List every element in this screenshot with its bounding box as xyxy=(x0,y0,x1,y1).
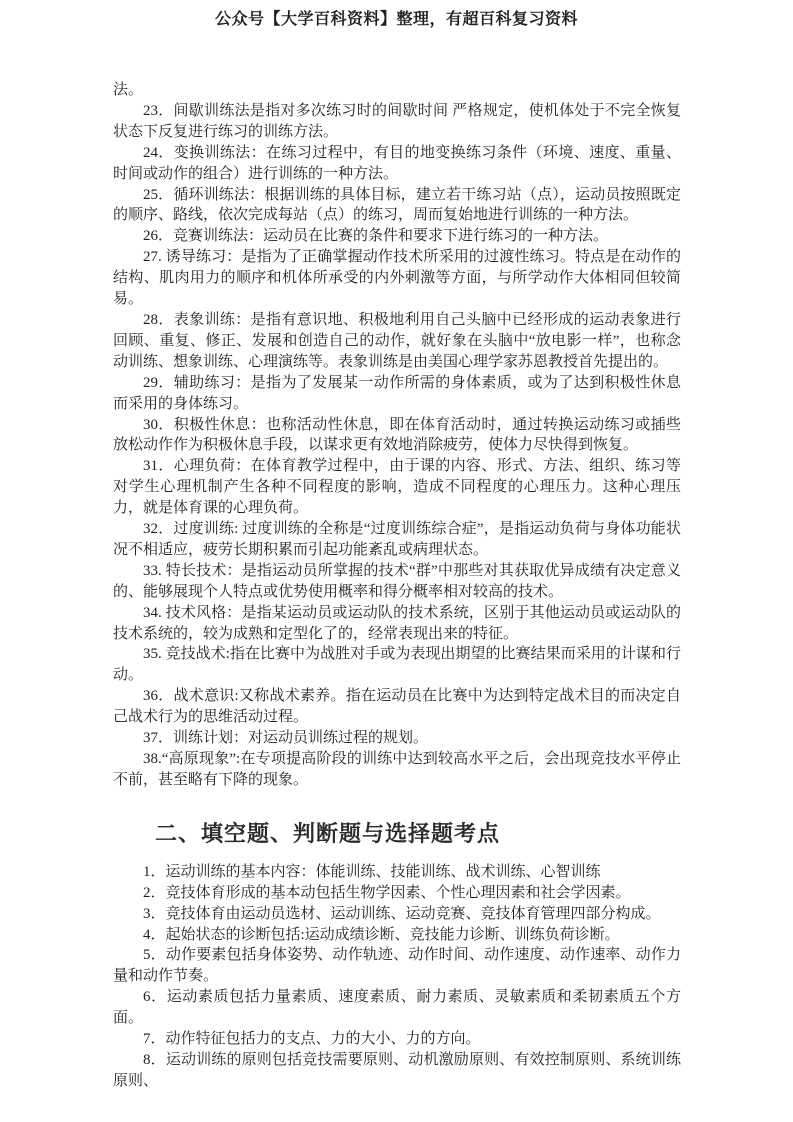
definition-item-29: 29．辅助练习：是指为了发展某一动作所需的身体素质，或为了达到积极性休息而采用的… xyxy=(113,373,681,415)
document-body: 法。 23．间歇训练法是指对多次练习时的间歇时间 严格规定，使机体处于不完全恢复… xyxy=(113,80,681,1092)
keypoint-item-6: 6．运动素质包括力量素质、速度素质、耐力素质、灵敏素质和柔韧素质五个方面。 xyxy=(113,987,681,1029)
keypoint-item-4: 4．起始状态的诊断包括:运动成绩诊断、竞技能力诊断、训练负荷诊断。 xyxy=(113,925,681,946)
keypoint-item-5: 5．动作要素包括身体姿势、动作轨迹、动作时间、动作速度、动作速率、动作力量和动作… xyxy=(113,945,681,987)
definition-item-33: 33. 特长技术：是指运动员所掌握的技术“群”中那些对其获取优异成绩有决定意义的… xyxy=(113,561,681,603)
keypoint-item-1: 1．运动训练的基本内容：体能训练、技能训练、战术训练、心智训练 xyxy=(113,862,681,883)
definition-item-37: 37．训练计划：对运动员训练过程的规划。 xyxy=(113,728,681,749)
definition-item-24: 24．变换训练法：在练习过程中，有目的地变换练习条件（环境、速度、重量、时间或动… xyxy=(113,143,681,185)
definition-item-32: 32．过度训练: 过度训练的全称是“过度训练综合症”，是指运动负荷与身体功能状况… xyxy=(113,519,681,561)
definition-item-26: 26．竞赛训练法：运动员在比赛的条件和要求下进行练习的一种方法。 xyxy=(113,226,681,247)
page-header: 公众号【大学百科资料】整理，有超百科复习资料 xyxy=(0,6,793,29)
keypoint-item-3: 3．竞技体育由运动员选材、运动训练、运动竞赛、竞技体育管理四部分构成。 xyxy=(113,904,681,925)
keypoint-item-7: 7．动作特征包括力的支点、力的大小、力的方向。 xyxy=(113,1029,681,1050)
keypoint-item-8: 8．运动训练的原则包括竞技需要原则、动机激励原则、有效控制原则、系统训练原则、 xyxy=(113,1050,681,1092)
section-heading: 二、填空题、判断题与选择题考点 xyxy=(155,821,681,847)
definition-item-23: 23．间歇训练法是指对多次练习时的间歇时间 严格规定，使机体处于不完全恢复状态下… xyxy=(113,101,681,143)
definition-item-36: 36．战术意识:又称战术素养。指在运动员在比赛中为达到特定战术目的而决定自己战术… xyxy=(113,686,681,728)
definition-item-31: 31．心理负荷：在体育教学过程中，由于课的内容、形式、方法、组织、练习等对学生心… xyxy=(113,456,681,519)
definition-item-25: 25．循环训练法：根据训练的具体目标，建立若干练习站（点），运动员按照既定的顺序… xyxy=(113,185,681,227)
keypoint-item-2: 2．竞技体育形成的基本动包括生物学因素、个性心理因素和社会学因素。 xyxy=(113,883,681,904)
definition-item-34: 34. 技术风格：是指某运动员或运动队的技术系统，区别于其他运动员或运动队的技术… xyxy=(113,603,681,645)
definition-item-35: 35. 竞技战术:指在比赛中为战胜对手或为表现出期望的比赛结果而采用的计谋和行动… xyxy=(113,644,681,686)
definition-item-27: 27. 诱导练习：是指为了正确掌握动作技术所采用的过渡性练习。特点是在动作的结构… xyxy=(113,247,681,310)
definition-item-28: 28．表象训练：是指有意识地、积极地利用自己头脑中已经形成的运动表象进行回顾、重… xyxy=(113,310,681,373)
definition-item-38: 38.“高原现象”:在专项提高阶段的训练中达到较高水平之后，会出现竞技水平停止不… xyxy=(113,749,681,791)
paragraph-fragment: 法。 xyxy=(113,80,681,101)
definition-item-30: 30．积极性休息：也称活动性休息，即在体育活动时，通过转换运动练习或插些放松动作… xyxy=(113,415,681,457)
document-page: 公众号【大学百科资料】整理，有超百科复习资料 法。 23．间歇训练法是指对多次练… xyxy=(0,0,793,1122)
